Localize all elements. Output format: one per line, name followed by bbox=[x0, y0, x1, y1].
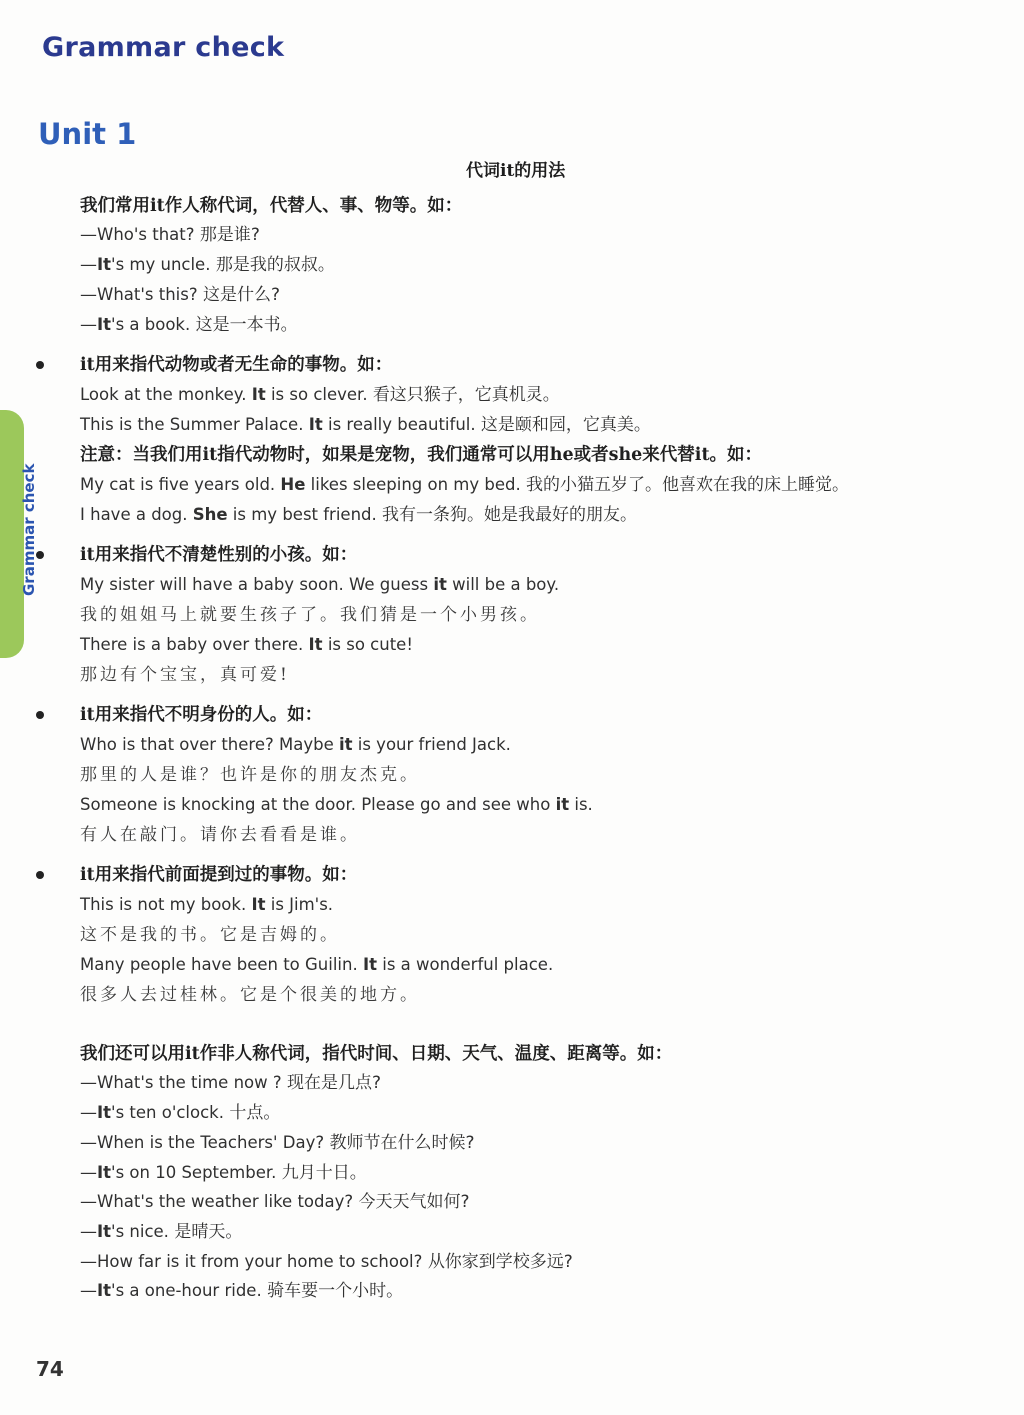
bullet-icon bbox=[36, 551, 44, 559]
bullet-4-line-2: 这不是我的书。它是吉姆的。 bbox=[80, 924, 340, 946]
intro-example-3: —What's this? 这是什么? bbox=[80, 284, 280, 306]
section-title: 代词it的用法 bbox=[466, 156, 565, 181]
bullet-1-note: 注意：当我们用it指代动物时，如果是宠物，我们通常可以用he或者she来代替it… bbox=[80, 444, 762, 466]
bullet-3-line-4: 有人在敲门。请你去看看是谁。 bbox=[80, 824, 360, 846]
bullet-4-line-1: This is not my book. It is Jim's. bbox=[80, 894, 333, 916]
impersonal-text: 我们还可以用it作非人称代词，指代时间、日期、天气、温度、距离等。如： bbox=[80, 1043, 672, 1065]
bullet-2-line-3: There is a baby over there. It is so cut… bbox=[80, 634, 413, 656]
bullet-4-line-3: Many people have been to Guilin. It is a… bbox=[80, 954, 553, 976]
page-title: Grammar check bbox=[42, 32, 284, 63]
impersonal-example-6: —It's nice. 是晴天。 bbox=[80, 1221, 242, 1243]
impersonal-example-2: —It's ten o'clock. 十点。 bbox=[80, 1102, 280, 1124]
bullet-4-line-4: 很多人去过桂林。它是个很美的地方。 bbox=[80, 984, 420, 1006]
page-number: 74 bbox=[36, 1357, 64, 1381]
impersonal-example-5: —What's the weather like today? 今天天气如何? bbox=[80, 1191, 470, 1213]
bullet-icon bbox=[36, 871, 44, 879]
intro-text: 我们常用it作人称代词，代替人、事、物等。如： bbox=[80, 195, 462, 217]
bullet-1-note-line-1: My cat is five years old. He likes sleep… bbox=[80, 474, 849, 496]
bullet-4-heading: it用来指代前面提到过的事物。如： bbox=[80, 864, 357, 886]
bullet-1-heading: it用来指代动物或者无生命的事物。如： bbox=[80, 354, 392, 376]
bullet-2-line-4: 那边有个宝宝，真可爱! bbox=[80, 664, 290, 686]
bullet-3-line-1: Who is that over there? Maybe it is your… bbox=[80, 734, 511, 756]
side-tab-label: Grammar check bbox=[20, 466, 38, 596]
intro-example-1: —Who's that? 那是谁? bbox=[80, 224, 260, 246]
impersonal-example-4: —It's on 10 September. 九月十日。 bbox=[80, 1162, 367, 1184]
bullet-2-line-2: 我的姐姐马上就要生孩子了。我们猜是一个小男孩。 bbox=[80, 604, 540, 626]
impersonal-example-3: —When is the Teachers' Day? 教师节在什么时候? bbox=[80, 1132, 475, 1154]
impersonal-example-1: —What's the time now ? 现在是几点? bbox=[80, 1072, 381, 1094]
intro-example-4: —It's a book. 这是一本书。 bbox=[80, 314, 298, 336]
bullet-1-note-line-2: I have a dog. She is my best friend. 我有一… bbox=[80, 504, 637, 526]
bullet-3-line-2: 那里的人是谁？也许是你的朋友杰克。 bbox=[80, 764, 420, 786]
impersonal-example-8: —It's a one-hour ride. 骑车要一个小时。 bbox=[80, 1280, 403, 1302]
bullet-1-line-1: Look at the monkey. It is so clever. 看这只… bbox=[80, 384, 560, 406]
bullet-3-heading: it用来指代不明身份的人。如： bbox=[80, 704, 322, 726]
impersonal-example-7: —How far is it from your home to school?… bbox=[80, 1251, 573, 1273]
bullet-2-line-1: My sister will have a baby soon. We gues… bbox=[80, 574, 559, 596]
intro-example-2: —It's my uncle. 那是我的叔叔。 bbox=[80, 254, 335, 276]
bullet-3-line-3: Someone is knocking at the door. Please … bbox=[80, 794, 593, 816]
bullet-2-heading: it用来指代不清楚性别的小孩。如： bbox=[80, 544, 357, 566]
bullet-icon bbox=[36, 361, 44, 369]
unit-title: Unit 1 bbox=[38, 117, 136, 151]
bullet-1-line-2: This is the Summer Palace. It is really … bbox=[80, 414, 651, 436]
bullet-icon bbox=[36, 711, 44, 719]
